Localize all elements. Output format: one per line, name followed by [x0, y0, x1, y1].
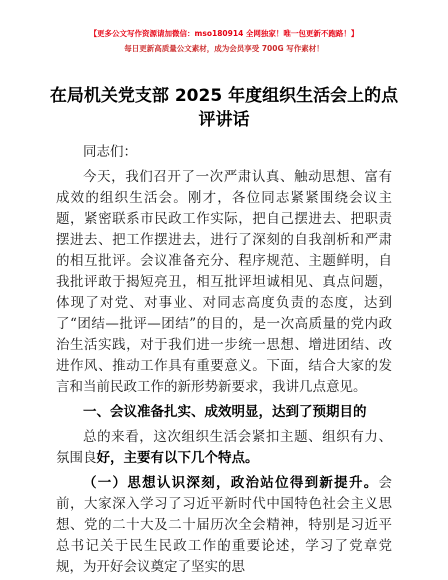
paragraph-subsection-one: （一）思想认识深刻，政治站位得到新提升。会前，大家深入学习了习近平新时代中国特色…	[56, 473, 392, 578]
subheading-one-bold: （一）思想认识深刻，政治站位得到新提升。	[83, 475, 379, 491]
promo-header: 【更多公文写作资源请加微信：mso180914 全网独家！唯一包更新不跑路！】 …	[0, 26, 448, 56]
document-title: 在局机关党支部 2025 年度组织生活会上的点评讲话	[44, 84, 404, 132]
document-body: 同志们： 今天，我们召开了一次严肃认真、触动思想、富有成效的组织生活会。刚才，各…	[56, 142, 392, 578]
heading-section-one: 一、会议准备扎实、成效明显，达到了预期目的	[56, 402, 392, 423]
paragraph-summary: 总的来看，这次组织生活会紧扣主题、组织有力、氛围良好，主要有以下几个特点。	[56, 427, 392, 469]
paragraph-intro: 今天，我们召开了一次严肃认真、触动思想、富有成效的组织生活会。刚才，各位同志紧紧…	[56, 167, 392, 398]
paragraph-summary-bold: 好，主要有以下几个特点。	[97, 450, 259, 466]
page-number: 1	[0, 544, 448, 554]
promo-line-2: 每日更新高质量公文素材，成为会员享受 700G 写作素材！	[0, 41, 448, 56]
salutation: 同志们：	[56, 142, 392, 163]
promo-line-1: 【更多公文写作资源请加微信：mso180914 全网独家！唯一包更新不跑路！】	[0, 26, 448, 41]
document-page: 【更多公文写作资源请加微信：mso180914 全网独家！唯一包更新不跑路！】 …	[0, 0, 448, 580]
